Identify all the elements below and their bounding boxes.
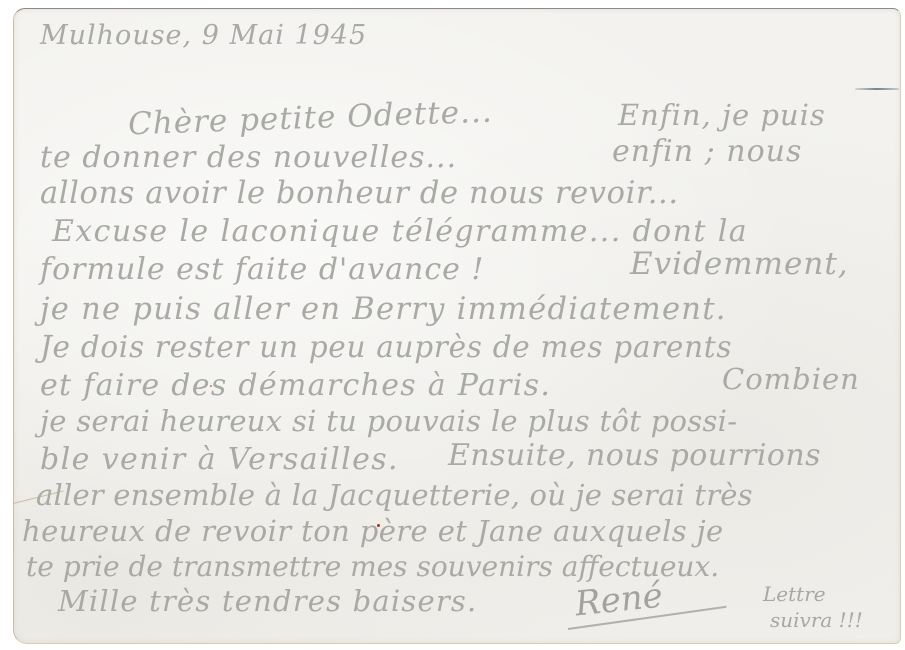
letter-line-5-right: Evidemment,	[630, 246, 849, 282]
letter-line-7: Je dois rester un peu auprès de mes pare…	[40, 330, 732, 364]
letter-line-2-right: enfin ; nous	[612, 134, 802, 169]
closing-line: Mille très tendres baisers.	[58, 584, 477, 618]
ink-smudge-mark	[855, 88, 899, 90]
postscript-line-1: Lettre	[763, 582, 826, 606]
letter-line-10-left: ble venir à Versailles.	[40, 442, 399, 477]
letter-line-9: je serai heureux si tu pouvais le plus t…	[40, 404, 737, 438]
letter-line-1-right: Enfin, je puis	[618, 98, 826, 132]
letter-line-8-left: et faire des démarches à Paris.	[40, 368, 551, 403]
letter-line-8-right: Combien	[722, 362, 860, 396]
letter-line-3: allons avoir le bonheur de nous revoir..…	[40, 176, 679, 211]
letter-line-6: je ne puis aller en Berry immédiatement.	[40, 292, 727, 327]
letter-line-4: Excuse le laconique télégramme... dont l…	[52, 214, 748, 249]
letter-line-10-right: Ensuite, nous pourrions	[448, 438, 821, 473]
letter-line-2-left: te donner des nouvelles...	[40, 140, 457, 175]
postscript-line-2: suivra !!!	[770, 608, 863, 632]
letter-line-12: heureux de revoir ton père et Jane auxqu…	[22, 514, 724, 548]
letter-line-5-left: formule est faite d'avance !	[40, 252, 484, 287]
scanned-postcard-page: Mulhouse, 9 Mai 1945 Chère petite Odette…	[0, 0, 905, 650]
place-date-heading: Mulhouse, 9 Mai 1945	[40, 20, 367, 51]
letter-line-13: te prie de transmettre mes souvenirs aff…	[26, 550, 719, 583]
letter-line-11: aller ensemble à la Jacquetterie, où je …	[36, 478, 753, 512]
